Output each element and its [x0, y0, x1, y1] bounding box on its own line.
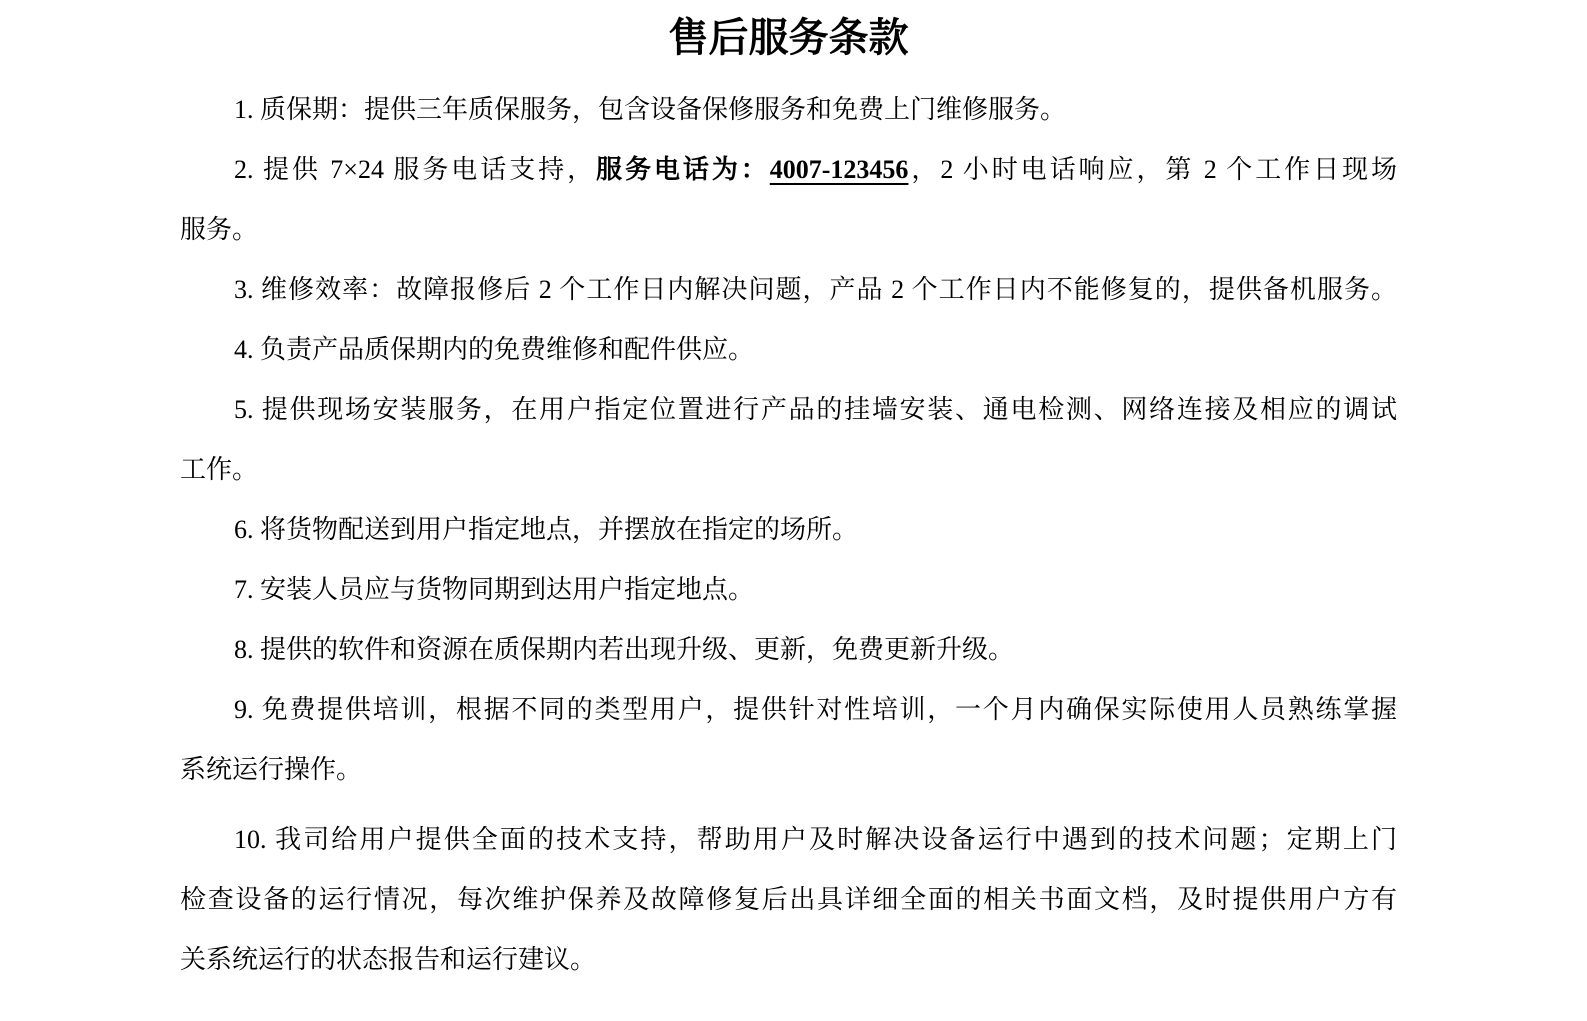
- clause-2-line-1: 2. 提供 7×24 服务电话支持，服务电话为：4007-123456，2 小时…: [180, 140, 1397, 200]
- clause-10-line-2: 检查设备的运行情况，每次维护保养及故障修复后出具详细全面的相关书面文档，及时提供…: [180, 870, 1397, 930]
- clause-5-line-1: 5. 提供现场安装服务，在用户指定位置进行产品的挂墙安装、通电检测、网络连接及相…: [180, 380, 1397, 440]
- clause-4: 4. 负责产品质保期内的免费维修和配件供应。: [180, 320, 1397, 380]
- clause-10: 10. 我司给用户提供全面的技术支持，帮助用户及时解决设备运行中遇到的技术问题；…: [180, 810, 1397, 990]
- clause-2: 2. 提供 7×24 服务电话支持，服务电话为：4007-123456，2 小时…: [180, 140, 1397, 260]
- clause-8: 8. 提供的软件和资源在质保期内若出现升级、更新，免费更新升级。: [180, 620, 1397, 680]
- document-title: 售后服务条款: [180, 10, 1397, 66]
- clause-3: 3. 维修效率：故障报修后 2 个工作日内解决问题，产品 2 个工作日内不能修复…: [180, 260, 1397, 320]
- clause-10-line-3: 关系统运行的状态报告和运行建议。: [180, 930, 1397, 990]
- clause-5: 5. 提供现场安装服务，在用户指定位置进行产品的挂墙安装、通电检测、网络连接及相…: [180, 380, 1397, 500]
- clause-3-line-1: 3. 维修效率：故障报修后 2 个工作日内解决问题，产品 2 个工作日内不能修复…: [180, 260, 1397, 320]
- clause-1: 1. 质保期：提供三年质保服务，包含设备保修服务和免费上门维修服务。: [180, 80, 1397, 140]
- clause-6: 6. 将货物配送到用户指定地点，并摆放在指定的场所。: [180, 500, 1397, 560]
- clause-2-text-suffix: ，2 小时电话响应，第 2 个工作日现场: [908, 155, 1397, 184]
- clause-6-line-1: 6. 将货物配送到用户指定地点，并摆放在指定的场所。: [180, 500, 1397, 560]
- clause-9: 9. 免费提供培训，根据不同的类型用户，提供针对性培训，一个月内确保实际使用人员…: [180, 680, 1397, 800]
- clause-7: 7. 安装人员应与货物同期到达用户指定地点。: [180, 560, 1397, 620]
- document-page: 售后服务条款 1. 质保期：提供三年质保服务，包含设备保修服务和免费上门维修服务…: [0, 0, 1587, 1021]
- clause-2-phone-label: 服务电话为：: [596, 155, 770, 184]
- clause-8-line-1: 8. 提供的软件和资源在质保期内若出现升级、更新，免费更新升级。: [180, 620, 1397, 680]
- clause-5-line-2: 工作。: [180, 440, 1397, 500]
- clause-10-line-1: 10. 我司给用户提供全面的技术支持，帮助用户及时解决设备运行中遇到的技术问题；…: [180, 810, 1397, 870]
- clause-9-line-1: 9. 免费提供培训，根据不同的类型用户，提供针对性培训，一个月内确保实际使用人员…: [180, 680, 1397, 740]
- clause-1-line-1: 1. 质保期：提供三年质保服务，包含设备保修服务和免费上门维修服务。: [180, 80, 1397, 140]
- clause-7-line-1: 7. 安装人员应与货物同期到达用户指定地点。: [180, 560, 1397, 620]
- clause-4-line-1: 4. 负责产品质保期内的免费维修和配件供应。: [180, 320, 1397, 380]
- clause-2-phone-number: 4007-123456: [770, 155, 909, 184]
- clause-2-line-2: 服务。: [180, 200, 1397, 260]
- clause-9-line-2: 系统运行操作。: [180, 740, 1397, 800]
- clause-2-text-prefix: 2. 提供 7×24 服务电话支持，: [234, 155, 596, 184]
